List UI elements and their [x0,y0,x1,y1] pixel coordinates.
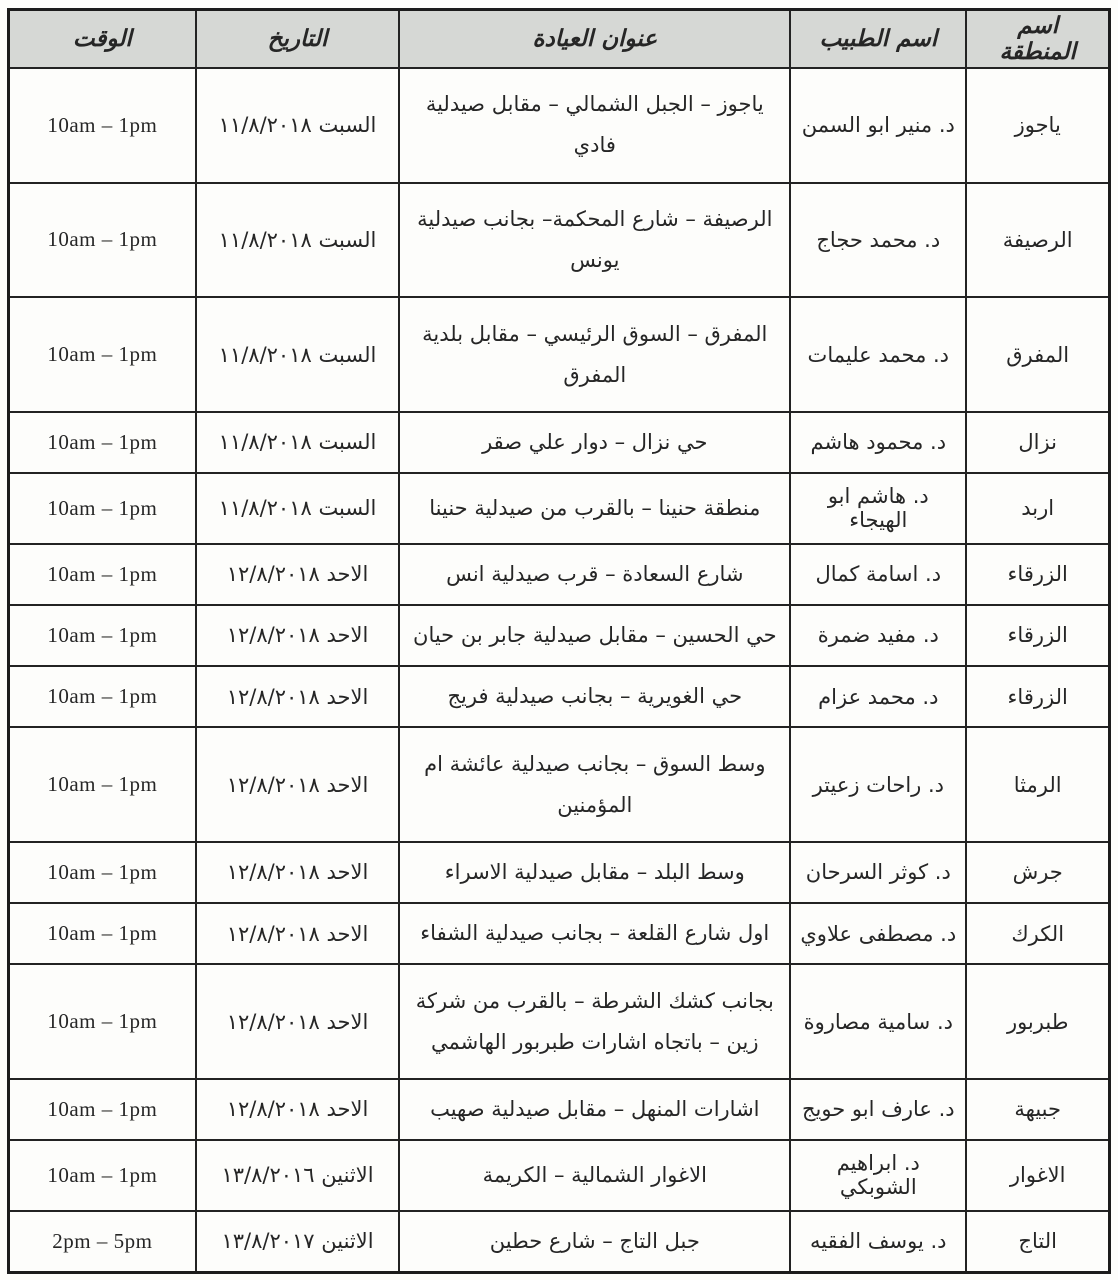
address-cell: المفرق – السوق الرئيسي – مقابل بلدية الم… [399,297,790,412]
date-cell: الاحد ١٢/٨/٢٠١٨ [196,1079,400,1140]
table-row: الرمثا د. راحات زعيتر وسط السوق – بجانب … [9,727,1110,842]
date-cell: السبت ١١/٨/٢٠١٨ [196,473,400,543]
doctor-cell: د. مصطفى علاوي [790,903,966,964]
address-cell: الرصيفة – شارع المحكمة– بجانب صيدلية يون… [399,183,790,298]
address-cell: اول شارع القلعة – بجانب صيدلية الشفاء [399,903,790,964]
address-cell: بجانب كشك الشرطة – بالقرب من شركة زين – … [399,964,790,1079]
region-cell: جرش [966,842,1109,903]
address-cell: وسط البلد – مقابل صيدلية الاسراء [399,842,790,903]
date-cell: الاثنين ١٣/٨/٢٠١٧ [196,1211,400,1273]
time-cell: 10am – 1pm [9,605,196,666]
time-cell: 10am – 1pm [9,1140,196,1210]
time-cell: 10am – 1pm [9,727,196,842]
doctor-cell: د. راحات زعيتر [790,727,966,842]
region-cell: الاغوار [966,1140,1109,1210]
region-cell: المفرق [966,297,1109,412]
doctor-cell: د. يوسف الفقيه [790,1211,966,1273]
doctor-cell: د. محمد حجاج [790,183,966,298]
table-row: الاغوار د. ابراهيم الشوبكي الاغوار الشما… [9,1140,1110,1210]
doctor-cell: د. مفيد ضمرة [790,605,966,666]
header-doctor: اسم الطبيب [790,10,966,69]
region-cell: التاج [966,1211,1109,1273]
time-cell: 10am – 1pm [9,903,196,964]
time-cell: 10am – 1pm [9,473,196,543]
doctor-cell: د. سامية مصاروة [790,964,966,1079]
address-cell: جبل التاج – شارع حطين [399,1211,790,1273]
scanned-document-page: اسم المنطقة اسم الطبيب عنوان العيادة الت… [0,0,1118,1280]
time-cell: 10am – 1pm [9,544,196,605]
date-cell: الاحد ١٢/٨/٢٠١٨ [196,605,400,666]
region-cell: الكرك [966,903,1109,964]
region-cell: اربد [966,473,1109,543]
date-cell: السبت ١١/٨/٢٠١٨ [196,297,400,412]
date-cell: السبت ١١/٨/٢٠١٨ [196,68,400,183]
region-cell: ياجوز [966,68,1109,183]
table-row: اربد د. هاشم ابو الهيجاء منطقة حنينا – ب… [9,473,1110,543]
doctor-cell: د. محمود هاشم [790,412,966,473]
doctor-cell: د. منير ابو السمن [790,68,966,183]
clinic-schedule-table: اسم المنطقة اسم الطبيب عنوان العيادة الت… [7,8,1111,1274]
doctor-cell: د. ابراهيم الشوبكي [790,1140,966,1210]
date-cell: السبت ١١/٨/٢٠١٨ [196,183,400,298]
date-cell: الاحد ١٢/٨/٢٠١٨ [196,964,400,1079]
date-cell: السبت ١١/٨/٢٠١٨ [196,412,400,473]
address-cell: حي الحسين – مقابل صيدلية جابر بن حيان [399,605,790,666]
doctor-cell: د. محمد عزام [790,666,966,727]
address-cell: الاغوار الشمالية – الكريمة [399,1140,790,1210]
date-cell: الاحد ١٢/٨/٢٠١٨ [196,842,400,903]
date-cell: الاحد ١٢/٨/٢٠١٨ [196,903,400,964]
address-cell: اشارات المنهل – مقابل صيدلية صهيب [399,1079,790,1140]
address-cell: وسط السوق – بجانب صيدلية عائشة ام المؤمن… [399,727,790,842]
table-row: الرصيفة د. محمد حجاج الرصيفة – شارع المح… [9,183,1110,298]
table-row: الزرقاء د. محمد عزام حي الغويرية – بجانب… [9,666,1110,727]
region-cell: الزرقاء [966,666,1109,727]
table-row: الكرك د. مصطفى علاوي اول شارع القلعة – ب… [9,903,1110,964]
doctor-cell: د. هاشم ابو الهيجاء [790,473,966,543]
address-cell: حي نزال – دوار علي صقر [399,412,790,473]
doctor-cell: د. عارف ابو حويج [790,1079,966,1140]
time-cell: 10am – 1pm [9,412,196,473]
table-row: التاج د. يوسف الفقيه جبل التاج – شارع حط… [9,1211,1110,1273]
header-date: التاريخ [196,10,400,69]
region-cell: جبيهة [966,1079,1109,1140]
time-cell: 10am – 1pm [9,964,196,1079]
time-cell: 10am – 1pm [9,842,196,903]
address-cell: حي الغويرية – بجانب صيدلية فريج [399,666,790,727]
region-cell: الرمثا [966,727,1109,842]
time-cell: 2pm – 5pm [9,1211,196,1273]
time-cell: 10am – 1pm [9,666,196,727]
table-row: الزرقاء د. مفيد ضمرة حي الحسين – مقابل ص… [9,605,1110,666]
table-row: ياجوز د. منير ابو السمن ياجوز – الجبل ال… [9,68,1110,183]
region-cell: الزرقاء [966,605,1109,666]
header-time: الوقت [9,10,196,69]
table-row: الزرقاء د. اسامة كمال شارع السعادة – قرب… [9,544,1110,605]
table-row: طبربور د. سامية مصاروة بجانب كشك الشرطة … [9,964,1110,1079]
header-region: اسم المنطقة [966,10,1109,69]
date-cell: الاحد ١٢/٨/٢٠١٨ [196,544,400,605]
time-cell: 10am – 1pm [9,1079,196,1140]
date-cell: الاحد ١٢/٨/٢٠١٨ [196,727,400,842]
address-cell: منطقة حنينا – بالقرب من صيدلية حنينا [399,473,790,543]
date-cell: الاحد ١٢/٨/٢٠١٨ [196,666,400,727]
table-row: المفرق د. محمد عليمات المفرق – السوق الر… [9,297,1110,412]
address-cell: ياجوز – الجبل الشمالي – مقابل صيدلية فاد… [399,68,790,183]
region-cell: طبربور [966,964,1109,1079]
doctor-cell: د. كوثر السرحان [790,842,966,903]
date-cell: الاثنين ١٣/٨/٢٠١٦ [196,1140,400,1210]
table-row: نزال د. محمود هاشم حي نزال – دوار علي صق… [9,412,1110,473]
doctor-cell: د. محمد عليمات [790,297,966,412]
region-cell: الرصيفة [966,183,1109,298]
address-cell: شارع السعادة – قرب صيدلية انس [399,544,790,605]
region-cell: نزال [966,412,1109,473]
time-cell: 10am – 1pm [9,183,196,298]
doctor-cell: د. اسامة كمال [790,544,966,605]
time-cell: 10am – 1pm [9,297,196,412]
region-cell: الزرقاء [966,544,1109,605]
table-row: جبيهة د. عارف ابو حويج اشارات المنهل – م… [9,1079,1110,1140]
table-row: جرش د. كوثر السرحان وسط البلد – مقابل صي… [9,842,1110,903]
time-cell: 10am – 1pm [9,68,196,183]
header-row: اسم المنطقة اسم الطبيب عنوان العيادة الت… [9,10,1110,69]
header-address: عنوان العيادة [399,10,790,69]
